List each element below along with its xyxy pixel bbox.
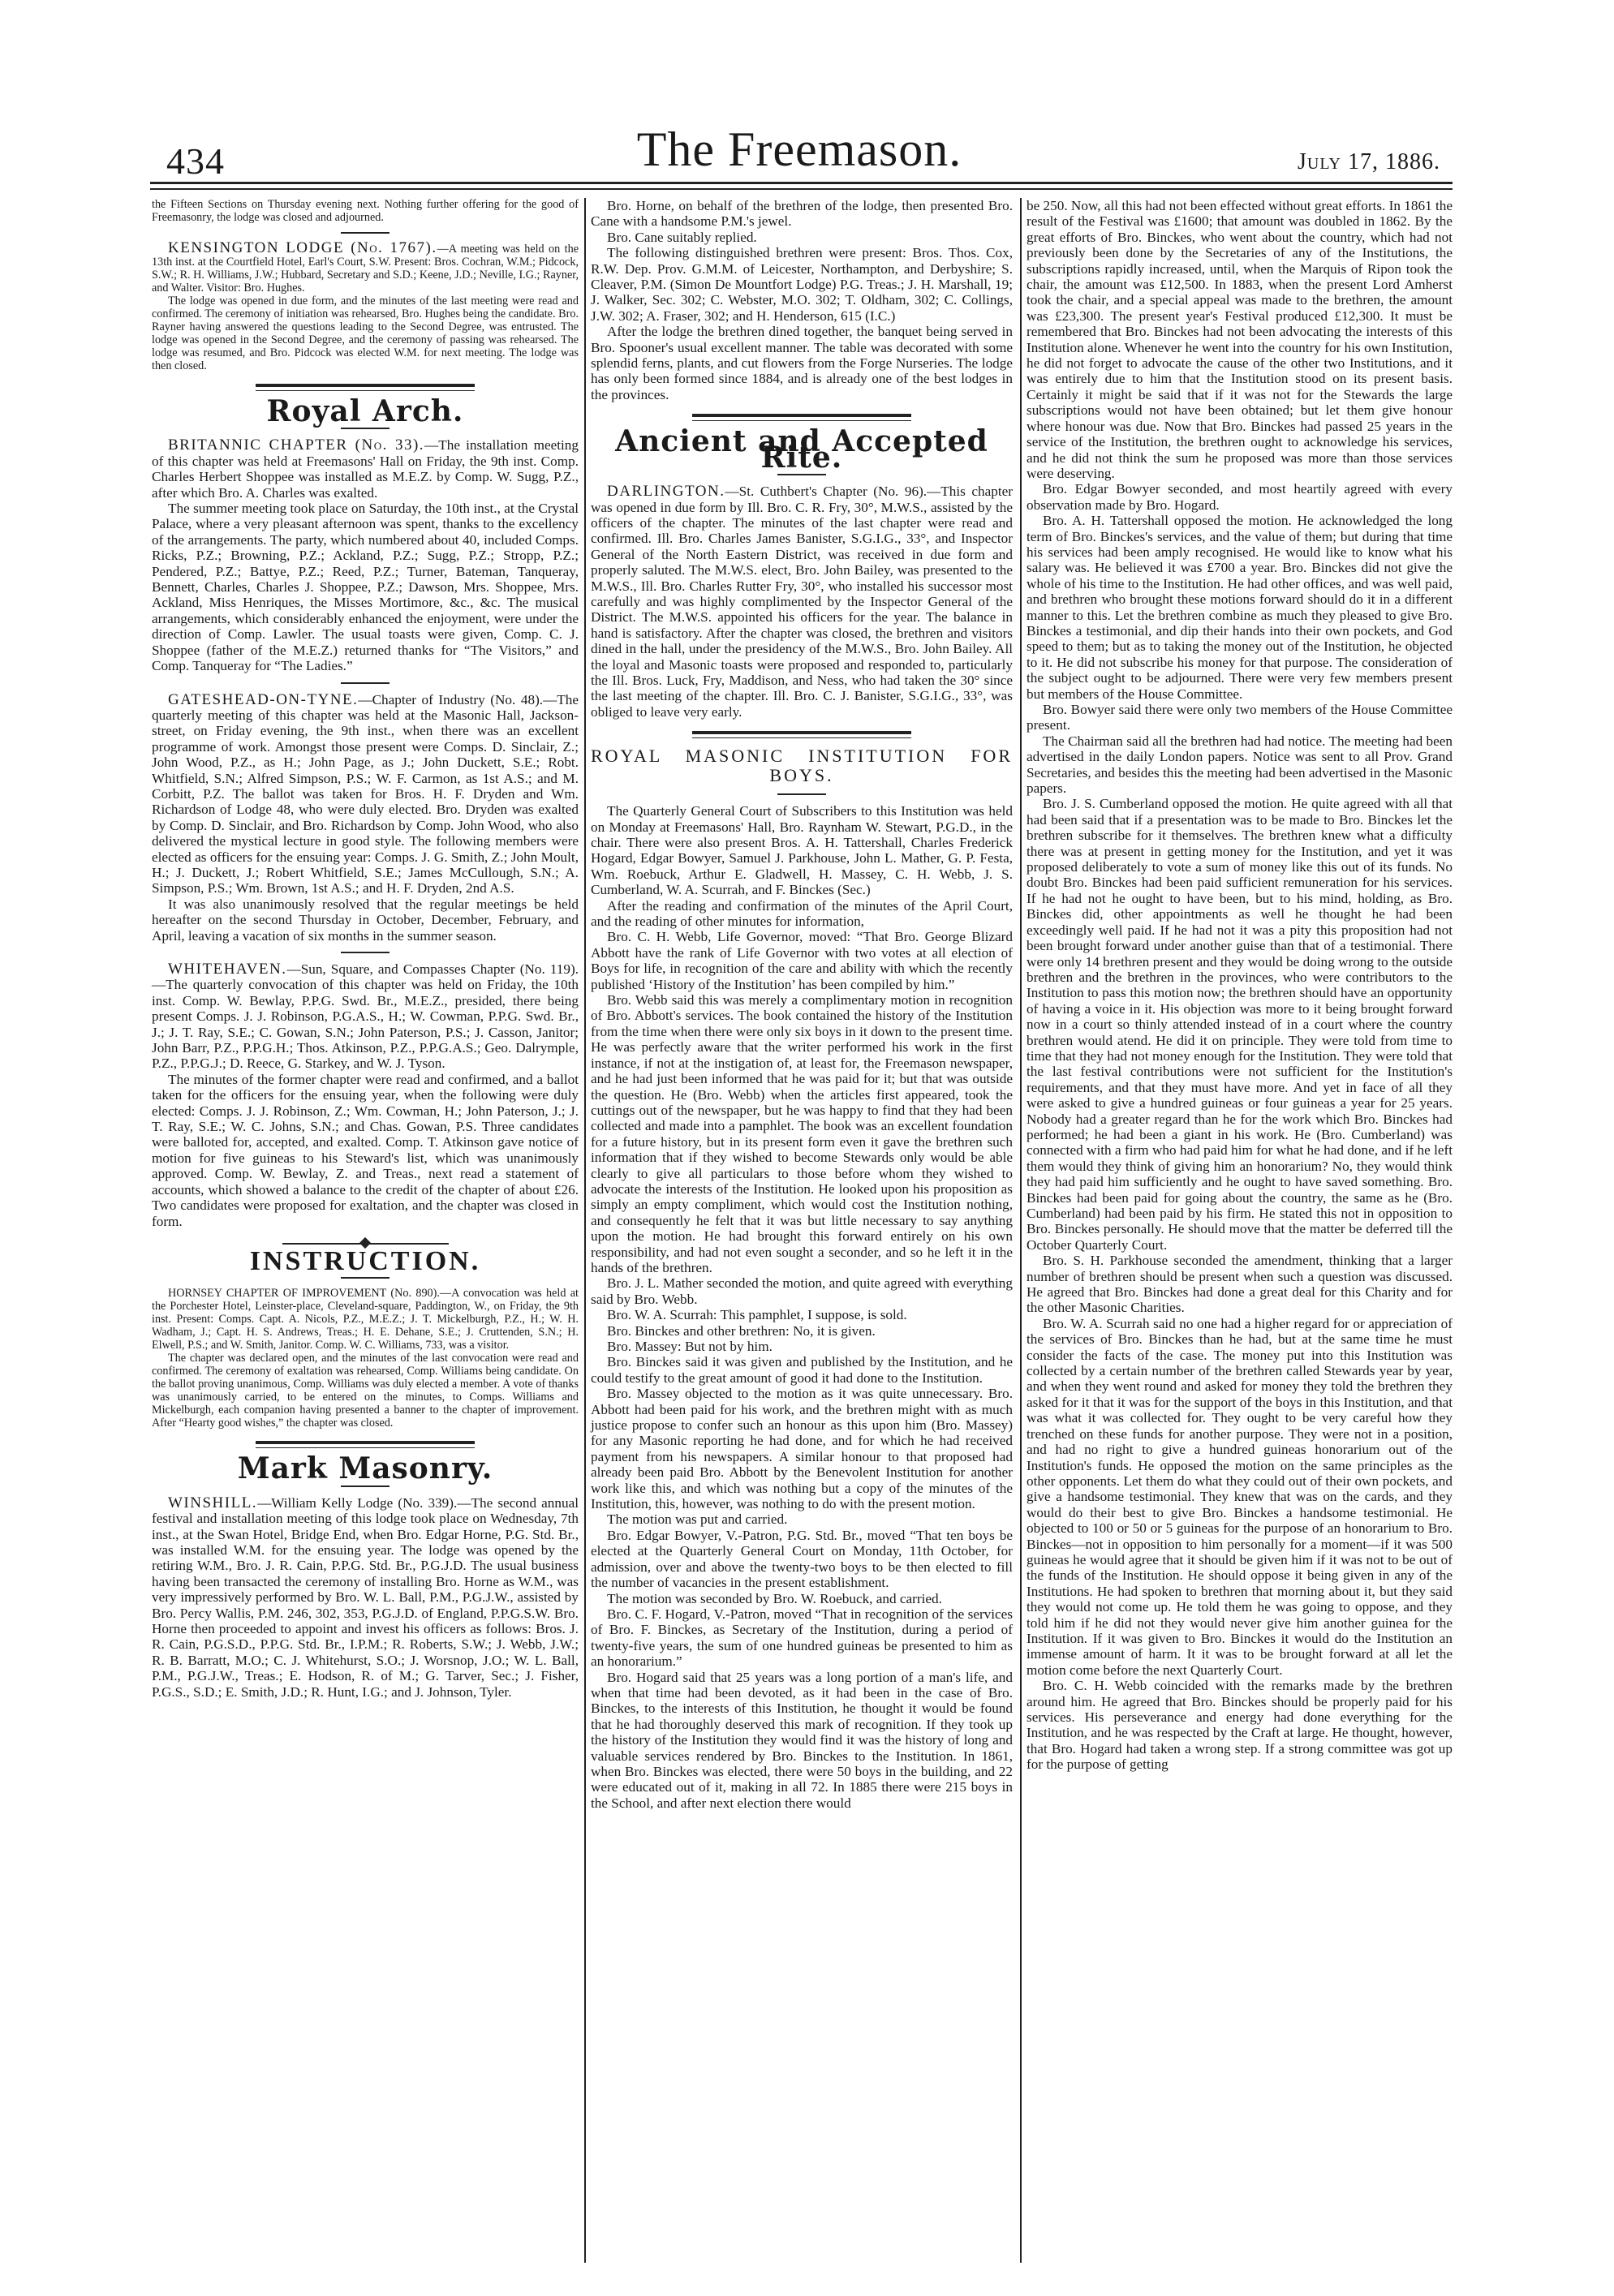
section-heading-ancient-accepted-rite: Ancient and Accepted Rite.: [591, 434, 1013, 466]
paragraph: The following distinguished brethren wer…: [591, 245, 1013, 324]
separator-rule: [341, 1486, 390, 1487]
paragraph: Bro. W. A. Scurrah: This pamphlet, I sup…: [591, 1307, 1013, 1322]
article-winshill: WINSHILL.—William Kelly Lodge (No. 339).…: [152, 1495, 579, 1700]
paragraph: The minutes of the former chapter were r…: [152, 1072, 579, 1229]
paragraph: The chapter was declared open, and the m…: [152, 1352, 579, 1430]
article-lead: WHITEHAVEN.: [168, 961, 287, 978]
article-whitehaven: WHITEHAVEN.—Sun, Square, and Compasses C…: [152, 961, 579, 1072]
paragraph: Bro. Hogard said that 25 years was a lon…: [591, 1670, 1013, 1812]
paragraph: Bro. A. H. Tattershall opposed the motio…: [1027, 513, 1453, 702]
paragraph: Bro. Cane suitably replied.: [591, 230, 1013, 245]
paragraph: Bro. C. H. Webb coincided with the remar…: [1027, 1678, 1453, 1772]
article-darlington: DARLINGTON.—St. Cuthbert's Chapter (No. …: [591, 484, 1013, 720]
section-heading-rmib: ROYAL MASONIC INSTITUTION FOR BOYS.: [591, 746, 1013, 785]
issue-date: July 17, 1886.: [1298, 149, 1440, 175]
section-rule: [692, 414, 911, 421]
diamond-ornament-icon: [359, 1237, 371, 1249]
paragraph: Bro. Bowyer said there were only two mem…: [1027, 702, 1453, 733]
article-lead: KENSINGTON LODGE (No. 1767).: [168, 239, 437, 256]
separator-rule: [341, 682, 390, 684]
masthead: 434 The Freemason. July 17, 1886.: [150, 122, 1448, 187]
section-rule: [256, 1441, 475, 1448]
article-kensington-lodge: KENSINGTON LODGE (No. 1767).—A meeting w…: [152, 242, 579, 295]
paragraph: The Chairman said all the brethren had h…: [1027, 733, 1453, 797]
paragraph: Bro. Massey: But not by him.: [591, 1339, 1013, 1354]
separator-rule: [341, 232, 390, 234]
article-lead: WINSHILL.: [168, 1494, 257, 1511]
separator-rule: [777, 793, 826, 795]
section-heading-instruction: INSTRUCTION.: [152, 1253, 579, 1269]
paragraph: After the lodge the brethren dined toget…: [591, 324, 1013, 402]
paragraph: Bro. Massey objected to the motion as it…: [591, 1386, 1013, 1511]
paragraph: Bro. Edgar Bowyer seconded, and most hea…: [1027, 481, 1453, 513]
paragraph: Bro. W. A. Scurrah said no one had a hig…: [1027, 1316, 1453, 1678]
article-lead: BRITANNIC CHAPTER (No. 33).: [168, 436, 424, 454]
paragraph: Bro. J. L. Mather seconded the motion, a…: [591, 1275, 1013, 1307]
column-divider: [1020, 198, 1022, 2263]
paragraph: The motion was seconded by Bro. W. Roebu…: [591, 1591, 1013, 1606]
newspaper-title: The Freemason.: [150, 122, 1448, 178]
paragraph: Bro. C. H. Webb, Life Governor, moved: “…: [591, 929, 1013, 992]
paragraph: Bro. Webb said this was merely a complim…: [591, 992, 1013, 1275]
paragraph: Bro. S. H. Parkhouse seconded the amendm…: [1027, 1253, 1453, 1316]
paragraph: Bro. J. S. Cumberland opposed the motion…: [1027, 796, 1453, 1253]
paragraph: Bro. Edgar Bowyer, V.-Patron, P.G. Std. …: [591, 1528, 1013, 1591]
paragraph: Bro. Binckes and other brethren: No, it …: [591, 1323, 1013, 1339]
paragraph: It was also unanimously resolved that th…: [152, 896, 579, 944]
article-lead: GATESHEAD-ON-TYNE.: [168, 691, 358, 708]
column-2: Bro. Horne, on behalf of the brethren of…: [591, 198, 1013, 1811]
masthead-rule: [150, 182, 1453, 190]
column-1: the Fifteen Sections on Thursday evening…: [152, 198, 579, 1700]
section-heading-royal-arch: Royal Arch.: [152, 404, 579, 419]
paragraph: The motion was put and carried.: [591, 1511, 1013, 1527]
article-lead: DARLINGTON.: [607, 483, 725, 500]
paragraph: Bro. Horne, on behalf of the brethren of…: [591, 198, 1013, 230]
section-heading-mark-masonry: Mark Masonry.: [152, 1461, 579, 1477]
separator-rule: [341, 952, 390, 953]
paragraph: After the reading and confirmation of th…: [591, 898, 1013, 930]
ornament-rule: [282, 1239, 449, 1249]
paragraph: The Quarterly General Court of Subscribe…: [591, 803, 1013, 897]
article-continuation: the Fifteen Sections on Thursday evening…: [152, 198, 579, 224]
section-rule: [692, 731, 911, 738]
column-divider: [584, 198, 586, 2263]
paragraph: Bro. C. F. Hogard, V.-Patron, moved “Tha…: [591, 1606, 1013, 1670]
paragraph: The summer meeting took place on Saturda…: [152, 501, 579, 673]
section-rule: [256, 384, 475, 391]
article-gateshead: GATESHEAD-ON-TYNE.—Chapter of Industry (…: [152, 692, 579, 896]
paragraph: Bro. Binckes said it was given and publi…: [591, 1354, 1013, 1386]
article-hornsey-chapter: HORNSEY CHAPTER OF IMPROVEMENT (No. 890)…: [152, 1287, 579, 1352]
column-3: be 250. Now, all this had not been effec…: [1027, 198, 1453, 1773]
separator-rule: [341, 1277, 390, 1279]
paragraph: The lodge was opened in due form, and th…: [152, 295, 579, 372]
article-britannic-chapter: BRITANNIC CHAPTER (No. 33).—The installa…: [152, 437, 579, 501]
paragraph: be 250. Now, all this had not been effec…: [1027, 198, 1453, 481]
